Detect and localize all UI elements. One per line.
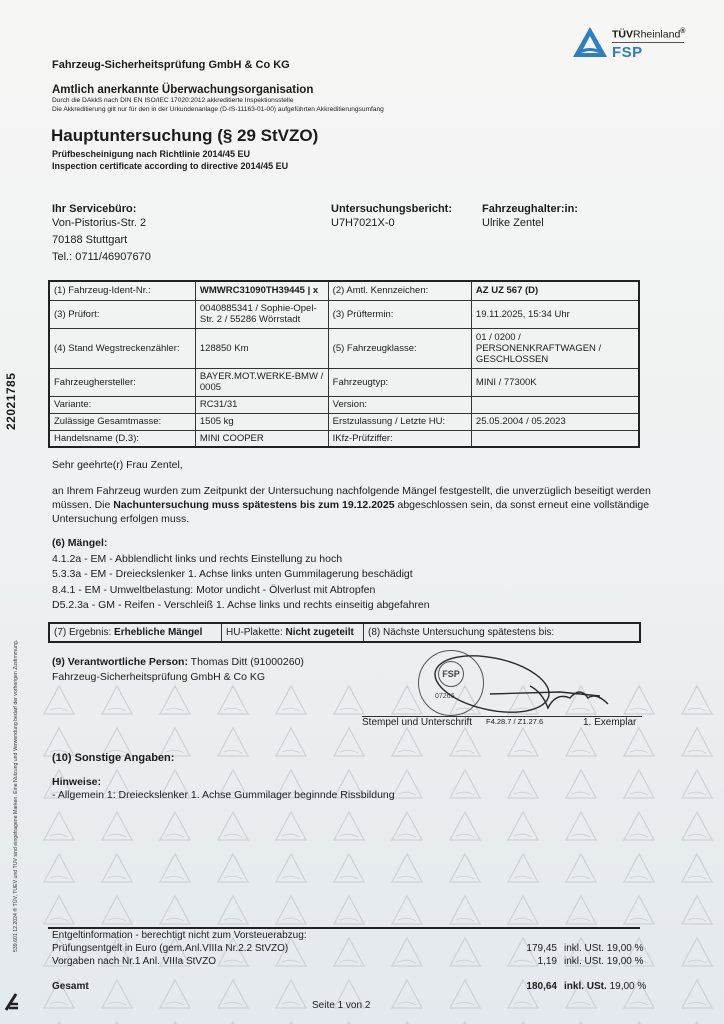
plakette-cell: HU-Plakette: Nicht zugeteilt (222, 624, 364, 641)
service-office-label: Ihr Servicebüro: (52, 203, 151, 215)
date-value: 19.11.2025, 15:34 Uhr (471, 300, 639, 328)
total-amount: 180,64 (497, 981, 557, 992)
hints-title: Hinweise: (52, 776, 101, 788)
total-label: Gesamt (52, 981, 89, 992)
fee-divider (48, 927, 640, 929)
subtitle-en: Inspection certificate according to dire… (52, 161, 288, 171)
defect-item: 4.1.2a - EM - Abblendlicht links und rec… (52, 552, 430, 568)
location-label: (3) Prüfort: (49, 300, 195, 328)
first-registration-value: 25.05.2004 / 05.2023 (471, 413, 639, 430)
letter-text: Sehr geehrte(r) Frau Zentel, an Ihrem Fa… (52, 458, 662, 526)
document-title: Hauptuntersuchung (§ 29 StVZO) (51, 126, 318, 146)
tuv-rheinland-logo: TÜVRheinland® FSP (568, 22, 688, 62)
table-row: (3) Prüfort: 0040885341 / Sophie-Opel-St… (49, 300, 639, 328)
service-office-street: Von-Pistorius-Str. 2 (52, 215, 151, 232)
table-row: (4) Stand Wegstreckenzähler: 128850 Km (… (49, 328, 639, 368)
subtitle-de: Prüfbescheinigung nach Richtlinie 2014/4… (52, 149, 250, 159)
type-value: MINI / 77300K (471, 368, 639, 396)
odometer-value: 128850 Km (195, 328, 328, 368)
fee-row-label: Prüfungsentgelt in Euro (gem.Anl.VIIIa N… (52, 943, 288, 954)
holder-label: Fahrzeughalter:in: (482, 203, 578, 215)
letter-body: an Ihrem Fahrzeug wurden zum Zeitpunkt d… (52, 484, 662, 526)
class-value: 01 / 0200 /PERSONENKRAFTWAGEN /GESCHLOSS… (471, 328, 639, 368)
other-info-title: (10) Sonstige Angaben: (52, 752, 174, 764)
fee-row-tax: inkl. USt. 19,00 % (564, 943, 643, 954)
form-code: F4.28.7 / Z1.27.6 (486, 717, 543, 726)
legal-notice: 539.601 12.2024 ® TÜV, TUEV und TUV sind… (13, 640, 19, 952)
logo-fsp-text: FSP (612, 44, 643, 61)
watermark-pattern (30, 680, 724, 1024)
table-row: Fahrzeughersteller: BAYER.MOT.WERKE-BMW … (49, 368, 639, 396)
holder-name: Ulrike Zentel (482, 215, 578, 232)
vehicle-data-table: (1) Fahrzeug-Ident-Nr.: WMWRC31090TH3944… (48, 280, 640, 448)
report-number: U7H7021X-0 (331, 215, 452, 232)
check-digit-value (471, 430, 639, 447)
result-cell: (7) Ergebnis: Erhebliche Mängel (50, 624, 222, 641)
check-digit-label: IKfz-Prüfziffer: (328, 430, 471, 447)
odometer-label: (4) Stand Wegstreckenzähler: (49, 328, 195, 368)
manufacturer-label: Fahrzeughersteller: (49, 368, 195, 396)
certificate-page: TÜVRheinland® FSP Fahrzeug-Sicherheitspr… (0, 0, 724, 1024)
logo-divider (612, 42, 684, 43)
defect-item: D5.2.3a - GM - Reifen - Verschleiß 1. Ac… (52, 598, 430, 614)
mass-label: Zulässige Gesamtmasse: (49, 413, 195, 430)
org-title: Amtlich anerkannte Überwachungsorganisat… (52, 84, 313, 96)
accreditation-line-2: Die Akkreditierung gilt nur für den in d… (52, 106, 384, 113)
table-row: Zulässige Gesamtmasse: 1505 kg Erstzulas… (49, 413, 639, 430)
plate-label: (2) Amtl. Kennzeichen: (328, 281, 471, 300)
responsible-section: (9) Verantwortliche Person: Thomas Ditt … (52, 655, 304, 685)
type-label: Fahrzeugtyp: (328, 368, 471, 396)
table-row: Variante: RC31/31 Version: (49, 396, 639, 413)
page-number: Seite 1 von 2 (312, 1000, 370, 1011)
responsible-company: Fahrzeug-Sicherheitsprüfung GmbH & Co KG (52, 670, 304, 685)
tuv-triangle-icon (572, 26, 608, 58)
fee-row-label: Vorgaben nach Nr.1 Anl. VIIIa StVZO (52, 956, 216, 967)
table-row: (1) Fahrzeug-Ident-Nr.: WMWRC31090TH3944… (49, 281, 639, 300)
signature-icon (430, 652, 620, 716)
fee-row-amount: 179,45 (497, 943, 557, 954)
document-number: 22021785 (4, 373, 18, 430)
report-info: Untersuchungsbericht: U7H7021X-0 (331, 203, 452, 232)
signature-label: Stempel und Unterschrift (362, 717, 472, 728)
company-name: Fahrzeug-Sicherheitsprüfung GmbH & Co KG (52, 59, 290, 71)
next-inspection-cell: (8) Nächste Untersuchung spätestens bis: (364, 624, 639, 641)
hint-item: - Allgemein 1: Dreieckslenker 1. Achse G… (52, 789, 395, 801)
service-office-city: 70188 Stuttgart (52, 232, 151, 249)
version-label: Version: (328, 396, 471, 413)
copy-label: 1. Exemplar (583, 717, 636, 728)
vin-label: (1) Fahrzeug-Ident-Nr.: (49, 281, 195, 300)
responsible-person: (9) Verantwortliche Person: Thomas Ditt … (52, 655, 304, 670)
trade-name-label: Handelsname (D.3): (49, 430, 195, 447)
date-label: (3) Prüftermin: (328, 300, 471, 328)
salutation: Sehr geehrte(r) Frau Zentel, (52, 458, 662, 472)
total-tax: inkl. USt. 19,00 % (564, 981, 646, 992)
mass-value: 1505 kg (195, 413, 328, 430)
service-office: Ihr Servicebüro: Von-Pistorius-Str. 2 70… (52, 203, 151, 266)
plate-value: AZ UZ 567 (D) (471, 281, 639, 300)
variant-label: Variante: (49, 396, 195, 413)
side-logo-icon (4, 992, 20, 1012)
location-value: 0040885341 / Sophie-Opel-Str. 2 / 55286 … (195, 300, 328, 328)
fee-row-tax: inkl. USt. 19,00 % (564, 956, 643, 967)
result-box: (7) Ergebnis: Erhebliche Mängel HU-Plake… (48, 622, 641, 643)
holder-info: Fahrzeughalter:in: Ulrike Zentel (482, 203, 578, 232)
defect-item: 8.4.1 - EM - Umweltbelastung: Motor undi… (52, 583, 430, 599)
class-label: (5) Fahrzeugklasse: (328, 328, 471, 368)
fee-title: Entgeltinformation - berechtigt nicht zu… (52, 930, 307, 941)
fee-row-amount: 1,19 (497, 956, 557, 967)
defect-item: 5.3.3a - EM - Dreieckslenker 1. Achse li… (52, 567, 430, 583)
defects-title: (6) Mängel: (52, 536, 430, 552)
logo-brand-text: TÜVRheinland® (612, 28, 685, 41)
trade-name-value: MINI COOPER (195, 430, 328, 447)
vin-value: WMWRC31090TH39445 | x (195, 281, 328, 300)
version-value (471, 396, 639, 413)
defects-section: (6) Mängel: 4.1.2a - EM - Abblendlicht l… (52, 536, 430, 614)
table-row: Handelsname (D.3): MINI COOPER IKfz-Prüf… (49, 430, 639, 447)
accreditation-line-1: Durch die DAkkS nach DIN EN ISO/IEC 1702… (52, 97, 294, 104)
first-registration-label: Erstzulassung / Letzte HU: (328, 413, 471, 430)
service-office-phone: Tel.: 0711/46907670 (52, 249, 151, 266)
report-label: Untersuchungsbericht: (331, 203, 452, 215)
variant-value: RC31/31 (195, 396, 328, 413)
manufacturer-value: BAYER.MOT.WERKE-BMW /0005 (195, 368, 328, 396)
